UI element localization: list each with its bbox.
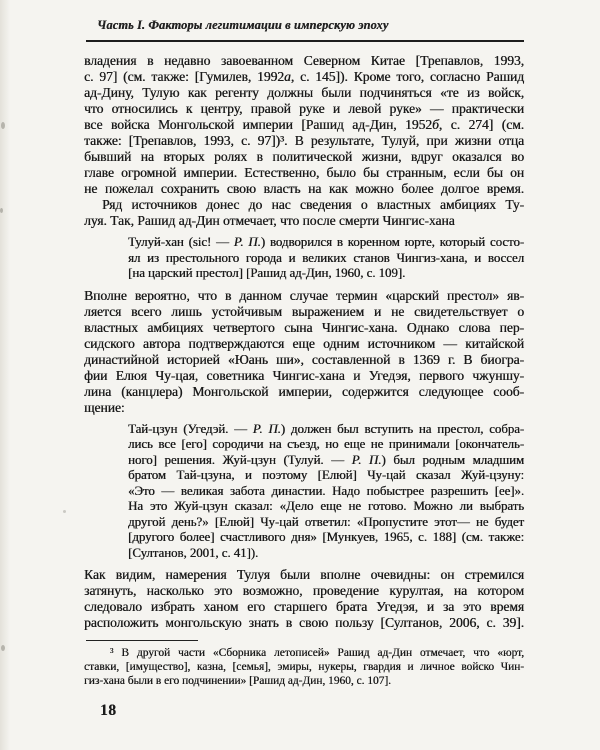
- header-rule: [86, 40, 524, 42]
- text-line: Тай-цзун (Угедэй. — Р. П.) должен был вс…: [128, 422, 524, 438]
- page-number: 18: [100, 702, 524, 720]
- text-line: властных амбициях четвертого сына Чингис…: [84, 320, 524, 336]
- text-line: ставки, [имущество], казна, [семья], эми…: [84, 661, 524, 675]
- text-line: «Это — великая забота династии. Надо поб…: [128, 484, 524, 500]
- paragraph-1: владения в недавно завоеванном Северном …: [84, 53, 524, 197]
- paragraph-4: Как видим, намерения Тулуя были вполне о…: [84, 567, 524, 631]
- text-line: ад-Дину, Тулую как регенту должны были п…: [84, 85, 524, 101]
- text-line: фии Елюя Чу-цая, советника Чингис-хана и…: [84, 368, 524, 384]
- text-line: следовало избрать ханом его старшего бра…: [84, 599, 524, 615]
- text-line: На это Жуй-цзун сказал: «Дело еще не гот…: [128, 499, 524, 515]
- text-line: щение:: [84, 400, 524, 416]
- text-line: Тулуй-хан (sic! — Р. П.) водворился в ко…: [128, 235, 524, 251]
- text-line: гиз-хана были в его подчинении» [Рашид а…: [84, 675, 524, 689]
- quote-1: Тулуй-хан (sic! — Р. П.) водворился в ко…: [128, 235, 524, 282]
- text-line: луя. Так, Рашид ад-Дин отмечает, что пос…: [84, 213, 524, 229]
- text-line: не пожелал сохранить свою власть на как …: [84, 181, 524, 197]
- running-head: Часть I. Факторы легитимации в имперскую…: [97, 18, 524, 33]
- text-line: расположить монгольскую знать в свою пол…: [84, 615, 524, 631]
- text-line: лина (канцлера) Монгольской империи, сод…: [84, 384, 524, 400]
- text-line: [на царский престол] [Рашид ад-Дин, 1960…: [128, 266, 524, 282]
- text-line: ляется всего лишь устойчивым выражением …: [84, 304, 524, 320]
- footnote-block: ³ В другой части «Сборника летописей» Ра…: [84, 647, 524, 688]
- text-line: также: [Трепавлов, 1993, с. 97])³. В рез…: [84, 133, 524, 149]
- quote-2: Тай-цзун (Угедэй. — Р. П.) должен был вс…: [128, 422, 524, 562]
- text-line: все войска Монгольской империи [Рашид ад…: [84, 117, 524, 133]
- text-line: Как видим, намерения Тулуя были вполне о…: [84, 567, 524, 583]
- text-line: с. 97] (см. также: [Гумилев, 1992а, с. 1…: [84, 69, 524, 85]
- paragraph-3: Вполне вероятно, что в данном случае тер…: [84, 288, 524, 416]
- text-block: владения в недавно завоеванном Северном …: [84, 53, 524, 631]
- text-line: затянуть, насколько это возможно, провед…: [84, 583, 524, 599]
- text-line: другой день?» [Елюй] Чу-цай ответил: «Пр…: [128, 515, 524, 531]
- text-line: [другого более] счастливого дня» [Мункуе…: [128, 530, 524, 546]
- text-line: владения в недавно завоеванном Северном …: [84, 53, 524, 69]
- footnote-rule: [86, 640, 198, 641]
- text-line: что относились к центру, правой руке и л…: [84, 101, 524, 117]
- text-line: бывший на вторых ролях в политической жи…: [84, 149, 524, 165]
- footnote-3: ³ В другой части «Сборника летописей» Ра…: [84, 647, 524, 688]
- text-line: Ряд источников донес до нас сведения о в…: [84, 197, 524, 213]
- text-line: династийной историей «Юань ши», составле…: [84, 352, 524, 368]
- paragraph-2: Ряд источников донес до нас сведения о в…: [84, 197, 524, 229]
- text-line: ял из престольного города и великих стан…: [128, 251, 524, 267]
- text-line: ³ В другой части «Сборника летописей» Ра…: [84, 647, 524, 661]
- text-line: сидского автора подтверждаются еще одним…: [84, 336, 524, 352]
- text-line: главе огромной империи. Естественно, был…: [84, 165, 524, 181]
- text-line: лись все [его] сородичи на съезд, но еще…: [128, 437, 524, 453]
- text-line: Вполне вероятно, что в данном случае тер…: [84, 288, 524, 304]
- text-line: [Султанов, 2001, с. 41]).: [128, 546, 524, 562]
- book-page: Часть I. Факторы легитимации в имперскую…: [0, 0, 600, 750]
- text-line: братом Тай-цзуна, и поэтому [Елюй] Чу-ца…: [128, 468, 524, 484]
- text-line: ного] решения. Жуй-цзун (Тулуй. — Р. П.)…: [128, 453, 524, 469]
